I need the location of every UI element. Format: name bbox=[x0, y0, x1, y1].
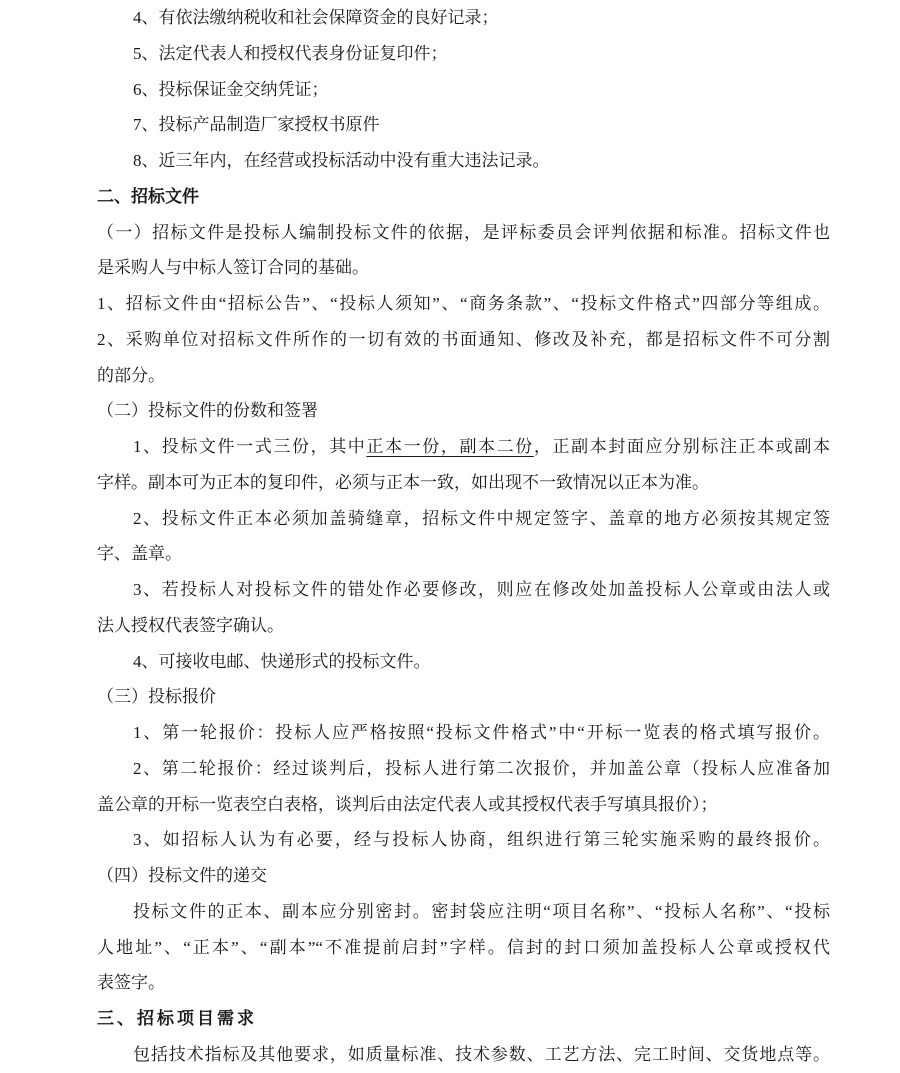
paragraph-line: 8、近三年内，在经营或投标活动中没有重大违法记录。 bbox=[97, 143, 830, 179]
text-run: 是采购人与中标人签订合同的基础。 bbox=[97, 258, 369, 277]
text-run: 2、第二轮报价：经过谈判后，投标人进行第二次报价，并加盖公章（投标人应准备加 bbox=[133, 759, 830, 778]
text-run: 1、招标文件由“招标公告”、“投标人须知”、“商务条款”、“投标文件格式”四部分… bbox=[97, 294, 830, 313]
paragraph-line: 1、第一轮报价：投标人应严格按照“投标文件格式”中“开标一览表的格式填写报价。 bbox=[97, 715, 830, 751]
text-run: 字样。副本可为正本的复印件，必须与正本一致，如出现不一致情况以正本为准。 bbox=[97, 473, 709, 492]
paragraph-line: 字样。副本可为正本的复印件，必须与正本一致，如出现不一致情况以正本为准。 bbox=[97, 465, 830, 501]
text-run: 的部分。 bbox=[97, 366, 165, 385]
text-run: （二）投标文件的份数和签署 bbox=[97, 401, 318, 420]
text-run: 8、近三年内，在经营或投标活动中没有重大违法记录。 bbox=[133, 151, 550, 170]
paragraph-line: 是采购人与中标人签订合同的基础。 bbox=[97, 250, 830, 286]
text-run: （三）投标报价 bbox=[97, 687, 216, 706]
text-run: 二、招标文件 bbox=[97, 187, 199, 206]
text-run: 投标文件的正本、副本应分别密封。密封袋应注明“项目名称”、“投标人名称”、“投标 bbox=[133, 902, 830, 921]
document-body: 4、有依法缴纳税收和社会保障资金的良好记录；5、法定代表人和授权代表身份证复印件… bbox=[97, 0, 830, 1073]
paragraph-line: （二）投标文件的份数和签署 bbox=[97, 393, 830, 429]
text-run: 6、投标保证金交纳凭证； bbox=[133, 80, 329, 99]
paragraph-line: 6、投标保证金交纳凭证； bbox=[97, 72, 830, 108]
paragraph-line: 2、投标文件正本必须加盖骑缝章，招标文件中规定签字、盖章的地方必须按其规定签 bbox=[97, 501, 830, 537]
paragraph-line: 3、如招标人认为有必要，经与投标人协商，组织进行第三轮实施采购的最终报价。 bbox=[97, 822, 830, 858]
paragraph-line: 1、招标文件由“招标公告”、“投标人须知”、“商务条款”、“投标文件格式”四部分… bbox=[97, 286, 830, 322]
paragraph-line: 3、若投标人对投标文件的错处作必要修改，则应在修改处加盖投标人公章或由法人或 bbox=[97, 572, 830, 608]
text-run: 4、可接收电邮、快递形式的投标文件。 bbox=[133, 652, 431, 671]
text-run: 2、投标文件正本必须加盖骑缝章，招标文件中规定签字、盖章的地方必须按其规定签 bbox=[133, 509, 830, 528]
paragraph-line: 表签字。 bbox=[97, 965, 830, 1001]
text-run: 5、法定代表人和授权代表身份证复印件； bbox=[133, 44, 448, 63]
text-run: ，正副本封面应分别标注正本或副本 bbox=[534, 437, 830, 456]
paragraph-line: （四）投标文件的递交 bbox=[97, 858, 830, 894]
paragraph-line: 5、法定代表人和授权代表身份证复印件； bbox=[97, 36, 830, 72]
text-run: 1、第一轮报价：投标人应严格按照“投标文件格式”中“开标一览表的格式填写报价。 bbox=[133, 723, 830, 742]
text-run: 4、有依法缴纳税收和社会保障资金的良好记录； bbox=[133, 8, 499, 27]
section-heading: 二、招标文件 bbox=[97, 179, 830, 215]
paragraph-line: 投标文件的正本、副本应分别密封。密封袋应注明“项目名称”、“投标人名称”、“投标 bbox=[97, 894, 830, 930]
text-run: 字、盖章。 bbox=[97, 544, 182, 563]
document-page: 4、有依法缴纳税收和社会保障资金的良好记录；5、法定代表人和授权代表身份证复印件… bbox=[0, 0, 900, 1073]
paragraph-line: 1、投标文件一式三份，其中正本一份，副本二份，正副本封面应分别标注正本或副本 bbox=[97, 429, 830, 465]
paragraph-line: 人地址”、“正本”、“副本”“不准提前启封”字样。信封的封口须加盖投标人公章或授… bbox=[97, 930, 830, 966]
text-run: 2、采购单位对招标文件所作的一切有效的书面通知、修改及补充，都是招标文件不可分割 bbox=[97, 330, 830, 349]
paragraph-line: 的部分。 bbox=[97, 358, 830, 394]
paragraph-line: 包括技术指标及其他要求，如质量标准、技术参数、工艺方法、完工时间、交货地点等。 bbox=[97, 1037, 830, 1073]
paragraph-line: 字、盖章。 bbox=[97, 536, 830, 572]
paragraph-line: （一）招标文件是投标人编制投标文件的依据，是评标委员会评判依据和标准。招标文件也 bbox=[97, 215, 830, 251]
paragraph-line: 4、可接收电邮、快递形式的投标文件。 bbox=[97, 644, 830, 680]
text-run: 盖公章的开标一览表空白表格，谈判后由法定代表人或其授权代表手写填具报价）； bbox=[97, 795, 718, 814]
paragraph-line: 4、有依法缴纳税收和社会保障资金的良好记录； bbox=[97, 0, 830, 36]
paragraph-line: 盖公章的开标一览表空白表格，谈判后由法定代表人或其授权代表手写填具报价）； bbox=[97, 787, 830, 823]
text-run: 三、招标项目需求 bbox=[97, 1009, 257, 1028]
text-run: 包括技术指标及其他要求，如质量标准、技术参数、工艺方法、完工时间、交货地点等。 bbox=[133, 1045, 830, 1064]
paragraph-line: 7、投标产品制造厂家授权书原件 bbox=[97, 107, 830, 143]
text-run: 7、投标产品制造厂家授权书原件 bbox=[133, 115, 380, 134]
text-run: （一）招标文件是投标人编制投标文件的依据，是评标委员会评判依据和标准。招标文件也 bbox=[97, 223, 830, 242]
text-run: （四）投标文件的递交 bbox=[97, 866, 267, 885]
section-heading: 三、招标项目需求 bbox=[97, 1001, 830, 1037]
text-run: 法人授权代表签字确认。 bbox=[97, 616, 284, 635]
paragraph-line: （三）投标报价 bbox=[97, 679, 830, 715]
paragraph-line: 法人授权代表签字确认。 bbox=[97, 608, 830, 644]
text-run: 表签字。 bbox=[97, 973, 165, 992]
text-run: 1、投标文件一式三份，其中 bbox=[133, 437, 366, 456]
text-run: 人地址”、“正本”、“副本”“不准提前启封”字样。信封的封口须加盖投标人公章或授… bbox=[97, 938, 830, 957]
text-run: 3、如招标人认为有必要，经与投标人协商，组织进行第三轮实施采购的最终报价。 bbox=[133, 830, 830, 849]
underlined-text: 正本一份，副本二份 bbox=[366, 437, 533, 456]
text-run: 3、若投标人对投标文件的错处作必要修改，则应在修改处加盖投标人公章或由法人或 bbox=[133, 580, 830, 599]
paragraph-line: 2、采购单位对招标文件所作的一切有效的书面通知、修改及补充，都是招标文件不可分割 bbox=[97, 322, 830, 358]
paragraph-line: 2、第二轮报价：经过谈判后，投标人进行第二次报价，并加盖公章（投标人应准备加 bbox=[97, 751, 830, 787]
